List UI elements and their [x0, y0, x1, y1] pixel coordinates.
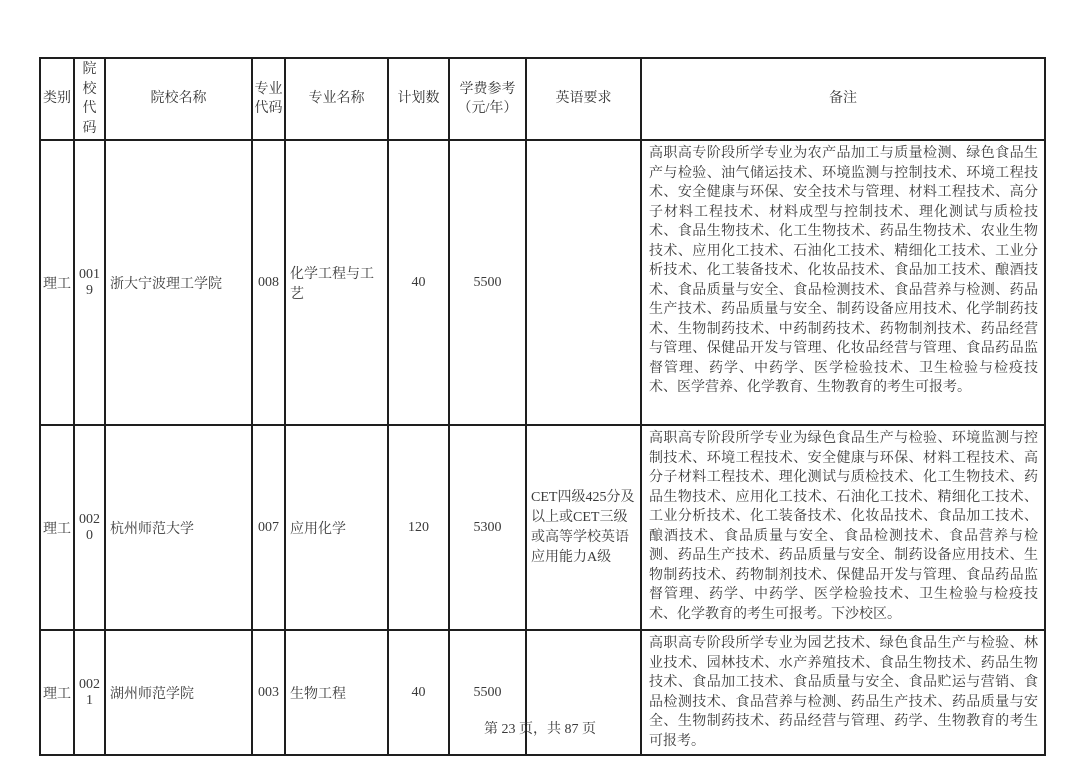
- header-remarks: 备注: [641, 58, 1045, 140]
- header-plan-count: 计划数: [388, 58, 449, 140]
- header-school-name: 院校名称: [105, 58, 252, 140]
- cell-major-name: 应用化学: [285, 425, 388, 630]
- cell-school-code: 0020: [74, 425, 105, 630]
- table-row: 理工 0019 浙大宁波理工学院 008 化学工程与工艺 40 5500 高职高…: [40, 140, 1045, 425]
- cell-remarks: 高职高专阶段所学专业为农产品加工与质量检测、绿色食品生产与检验、油气储运技术、环…: [641, 140, 1045, 425]
- cell-remarks: 高职高专阶段所学专业为绿色食品生产与检验、环境监测与控制技术、环境工程技术、安全…: [641, 425, 1045, 630]
- cell-plan-count: 120: [388, 425, 449, 630]
- header-major-name: 专业名称: [285, 58, 388, 140]
- cell-school-code: 0019: [74, 140, 105, 425]
- cell-major-name: 化学工程与工艺: [285, 140, 388, 425]
- cell-tuition: 5300: [449, 425, 526, 630]
- cell-tuition: 5500: [449, 140, 526, 425]
- cell-category: 理工: [40, 140, 74, 425]
- cell-school-name: 杭州师范大学: [105, 425, 252, 630]
- admissions-table: 类别 院校代码 院校名称 专业代码 专业名称 计划数 学费参考（元/年） 英语要…: [39, 57, 1046, 756]
- header-school-code: 院校代码: [74, 58, 105, 140]
- cell-english-requirement: CET四级425分及以上或CET三级或高等学校英语应用能力A级: [526, 425, 641, 630]
- cell-major-code: 008: [252, 140, 285, 425]
- cell-category: 理工: [40, 425, 74, 630]
- header-major-code: 专业代码: [252, 58, 285, 140]
- document-page: 类别 院校代码 院校名称 专业代码 专业名称 计划数 学费参考（元/年） 英语要…: [0, 0, 1080, 764]
- header-tuition: 学费参考（元/年）: [449, 58, 526, 140]
- table-header-row: 类别 院校代码 院校名称 专业代码 专业名称 计划数 学费参考（元/年） 英语要…: [40, 58, 1045, 140]
- cell-plan-count: 40: [388, 140, 449, 425]
- page-number: 第 23 页，共 87 页: [0, 718, 1080, 738]
- header-category: 类别: [40, 58, 74, 140]
- cell-school-name: 浙大宁波理工学院: [105, 140, 252, 425]
- cell-major-code: 007: [252, 425, 285, 630]
- table-row: 理工 0020 杭州师范大学 007 应用化学 120 5300 CET四级42…: [40, 425, 1045, 630]
- cell-english-requirement: [526, 140, 641, 425]
- header-english-requirement: 英语要求: [526, 58, 641, 140]
